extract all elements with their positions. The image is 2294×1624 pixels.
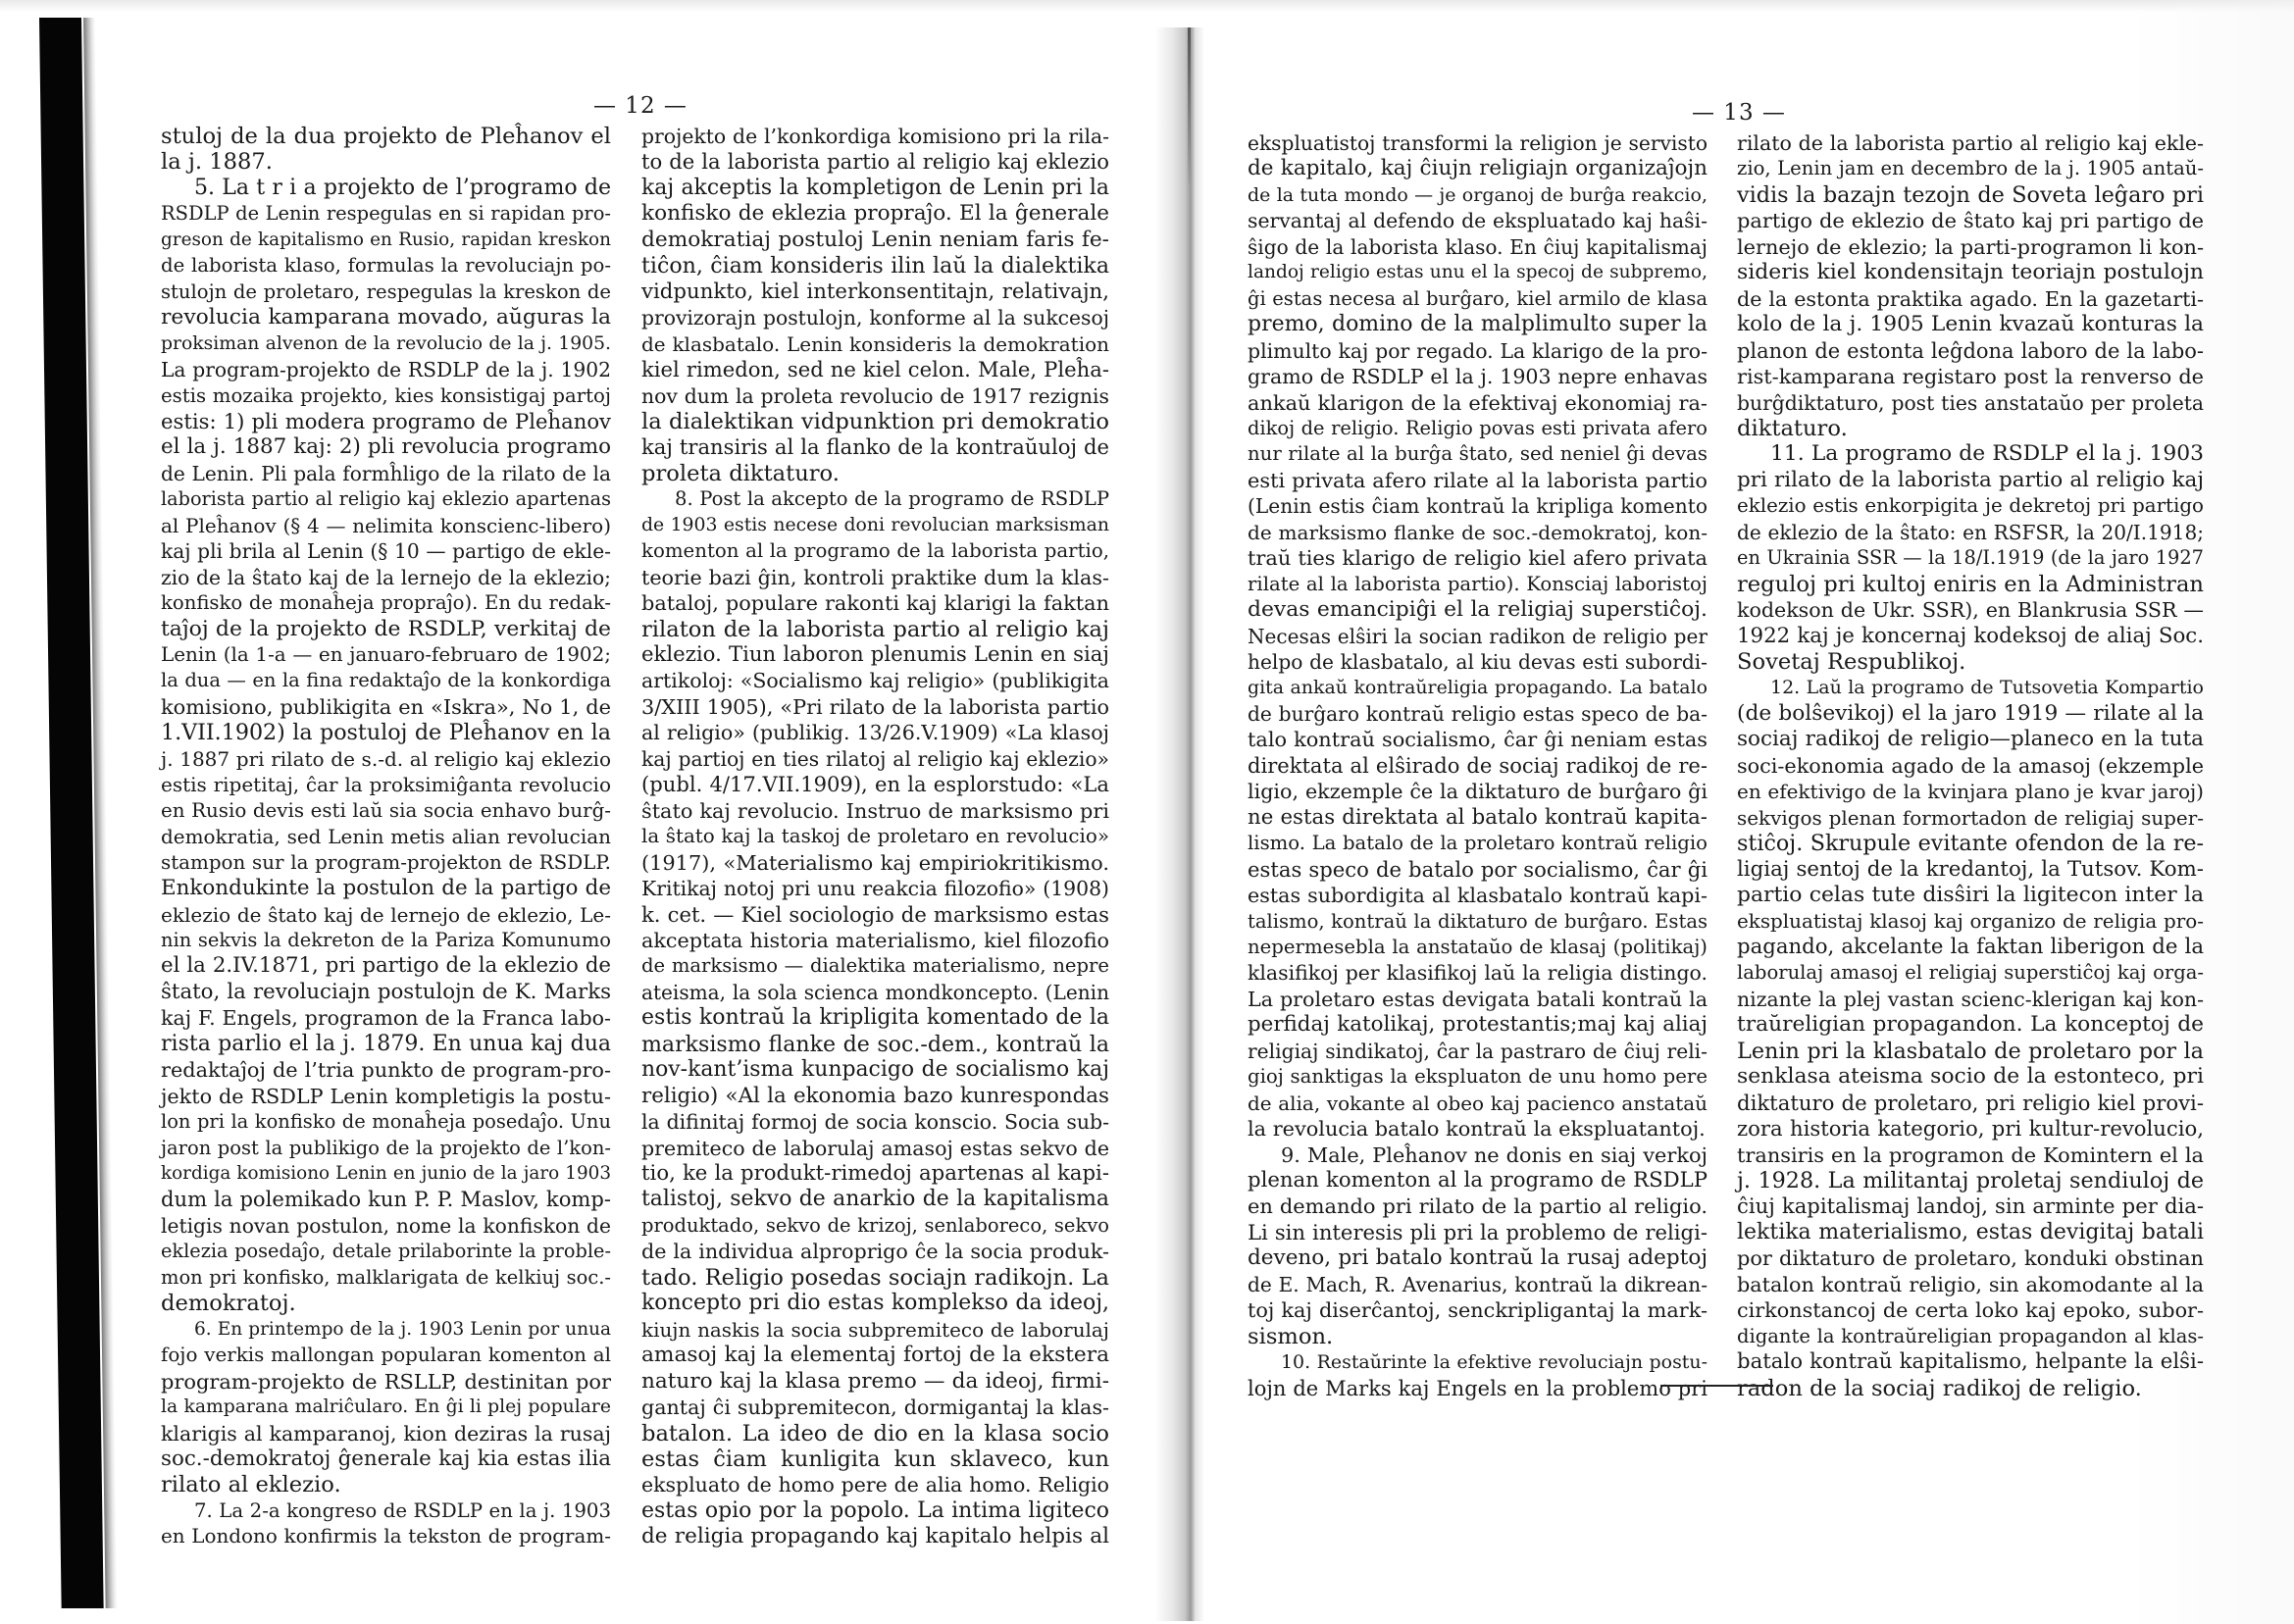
scan-left-edge-bar [39, 18, 104, 1608]
scan-top-shadow [0, 0, 2294, 12]
text-line: radon de la sociaj radikoj de religio. [1737, 1374, 2204, 1403]
end-of-section-rule [1660, 1385, 1773, 1387]
text-line: de religia propagando kaj kapitalo helpi… [641, 1522, 1109, 1551]
book-gutter-shadow [1155, 27, 1204, 1621]
page-number: — 12 — [593, 93, 688, 119]
scanned-book-spread: — 12 — stuloj de la dua projekto de Pleĥ… [0, 0, 2294, 1624]
text-line: lojn de Marks kaj Engels en la problemo … [1248, 1374, 1708, 1403]
page-number: — 13 — [1692, 100, 1786, 126]
text-line: en Londono konfirmis la tekston de progr… [161, 1522, 611, 1551]
